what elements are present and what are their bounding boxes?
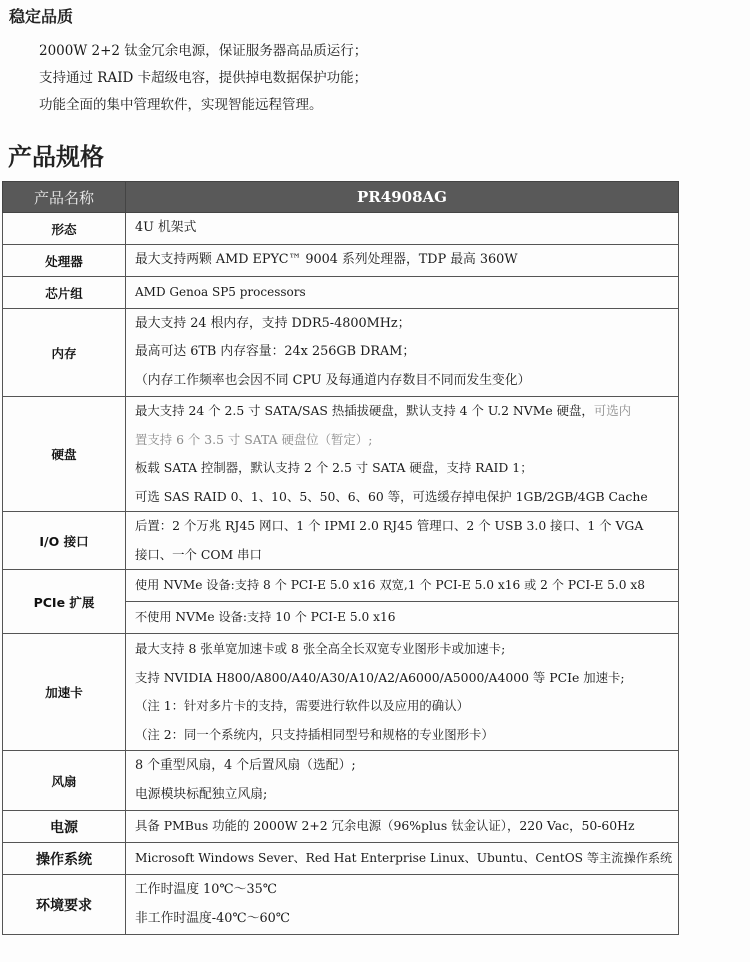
- row-value: Microsoft Windows Sever、Red Hat Enterpri…: [135, 844, 678, 873]
- table-row-fan: 风扇 8 个重型风扇，4 个后置风扇（选配）; 电源模块标配独立风扇;: [3, 751, 679, 811]
- row-value-line: （内存工作频率也会因不同 CPU 及每通道内存数目不同而发生变化）: [135, 367, 678, 396]
- table-row-form: 形态 4U 机架式: [3, 213, 679, 245]
- table-row-os: 操作系统 Microsoft Windows Sever、Red Hat Ent…: [3, 843, 679, 875]
- header-label: 产品名称: [3, 182, 126, 213]
- row-value-line: 可选 SAS RAID 0、1、10、5、50、6、60 等，可选缓存掉电保护 …: [135, 483, 678, 512]
- row-value-line: （注 2：同一个系统内，只支持插相同型号和规格的专业图形卡）: [135, 721, 678, 750]
- row-label: 形态: [3, 213, 126, 245]
- row-label: I/O 接口: [3, 512, 126, 570]
- quality-item: 功能全面的集中管理软件，实现智能远程管理。: [39, 92, 367, 119]
- row-value: AMD Genoa SP5 processors: [135, 278, 678, 307]
- table-row-io: I/O 接口 后置：2 个万兆 RJ45 网口、1 个 IPMI 2.0 RJ4…: [3, 512, 679, 570]
- row-label: 内存: [3, 309, 126, 397]
- disk-optional-text: 可选内: [594, 403, 631, 418]
- row-label: 硬盘: [3, 397, 126, 512]
- row-value-line: 8 个重型风扇，4 个后置风扇（选配）;: [135, 752, 678, 781]
- row-value-line: 工作时温度 10℃～35℃: [135, 876, 678, 905]
- quality-item: 支持通过 RAID 卡超级电容，提供掉电数据保护功能；: [39, 65, 367, 92]
- section-title-spec: 产品规格: [8, 137, 104, 172]
- table-row-disk: 硬盘 最大支持 24 个 2.5 寸 SATA/SAS 热插拔硬盘，默认支持 4…: [3, 397, 679, 512]
- row-value-line: 支持 NVIDIA H800/A800/A40/A30/A10/A2/A6000…: [135, 664, 678, 693]
- disk-text: 最大支持 24 个 2.5 寸 SATA/SAS 热插拔硬盘，默认支持 4 个 …: [135, 403, 594, 418]
- spec-table: 产品名称 PR4908AG 形态 4U 机架式 处理器 最大支持两颗 AMD E…: [2, 181, 679, 935]
- pcie-with-nvme: 使用 NVMe 设备:支持 8 个 PCI-E 5.0 x16 双宽,1 个 P…: [135, 571, 678, 600]
- row-value: 4U 机架式: [135, 214, 678, 243]
- quality-list: 2000W 2+2 钛金冗余电源，保证服务器高品质运行； 支持通过 RAID 卡…: [39, 38, 367, 119]
- pcie-without-nvme: 不使用 NVMe 设备:支持 10 个 PCI-E 5.0 x16: [135, 603, 678, 632]
- quality-item: 2000W 2+2 钛金冗余电源，保证服务器高品质运行；: [39, 38, 367, 65]
- row-label: 风扇: [3, 751, 126, 811]
- table-row-psu: 电源 具备 PMBus 功能的 2000W 2+2 冗余电源（96%plus 钛…: [3, 811, 679, 843]
- header-model: PR4908AG: [126, 182, 679, 213]
- row-value-line: 最大支持 24 根内存，支持 DDR5-4800MHz；: [135, 310, 678, 339]
- row-value-line: 最高可达 6TB 内存容量：24x 256GB DRAM；: [135, 338, 678, 367]
- row-value: 最大支持两颗 AMD EPYC™ 9004 系列处理器，TDP 最高 360W: [135, 246, 678, 275]
- row-value-line: 板载 SATA 控制器，默认支持 2 个 2.5 寸 SATA 硬盘，支持 RA…: [135, 454, 678, 483]
- row-value-line: 最大支持 24 个 2.5 寸 SATA/SAS 热插拔硬盘，默认支持 4 个 …: [135, 397, 678, 426]
- disk-optional-text: 置支持 6 个 3.5 寸 SATA 硬盘位（暂定）;: [135, 426, 678, 455]
- row-value-line: 最大支持 8 张单宽加速卡或 8 张全高全长双宽专业图形卡或加速卡;: [135, 635, 678, 664]
- table-row-memory: 内存 最大支持 24 根内存，支持 DDR5-4800MHz； 最高可达 6TB…: [3, 309, 679, 397]
- table-row-accelerator: 加速卡 最大支持 8 张单宽加速卡或 8 张全高全长双宽专业图形卡或加速卡; 支…: [3, 634, 679, 751]
- row-value-line: 接口、一个 COM 串口: [135, 541, 678, 570]
- row-label: 加速卡: [3, 634, 126, 751]
- row-value-line: （注 1：针对多片卡的支持，需要进行软件以及应用的确认）: [135, 692, 678, 721]
- row-value-line: 非工作时温度-40℃～60℃: [135, 905, 678, 934]
- table-row-chipset: 芯片组 AMD Genoa SP5 processors: [3, 277, 679, 309]
- row-value-line: 后置：2 个万兆 RJ45 网口、1 个 IPMI 2.0 RJ45 管理口、2…: [135, 512, 678, 541]
- row-label: 操作系统: [3, 843, 126, 875]
- row-label: 环境要求: [3, 875, 126, 935]
- table-row-environment: 环境要求 工作时温度 10℃～35℃ 非工作时温度-40℃～60℃: [3, 875, 679, 935]
- row-value-line: 电源模块标配独立风扇;: [135, 781, 678, 810]
- row-label: PCIe 扩展: [3, 570, 126, 634]
- row-label: 处理器: [3, 245, 126, 277]
- table-row-pcie: PCIe 扩展 使用 NVMe 设备:支持 8 个 PCI-E 5.0 x16 …: [3, 570, 679, 602]
- table-header-row: 产品名称 PR4908AG: [3, 182, 679, 213]
- row-label: 芯片组: [3, 277, 126, 309]
- table-row-cpu: 处理器 最大支持两颗 AMD EPYC™ 9004 系列处理器，TDP 最高 3…: [3, 245, 679, 277]
- row-value: 具备 PMBus 功能的 2000W 2+2 冗余电源（96%plus 钛金认证…: [135, 812, 678, 841]
- section-title-quality: 稳定品质: [9, 4, 73, 27]
- row-label: 电源: [3, 811, 126, 843]
